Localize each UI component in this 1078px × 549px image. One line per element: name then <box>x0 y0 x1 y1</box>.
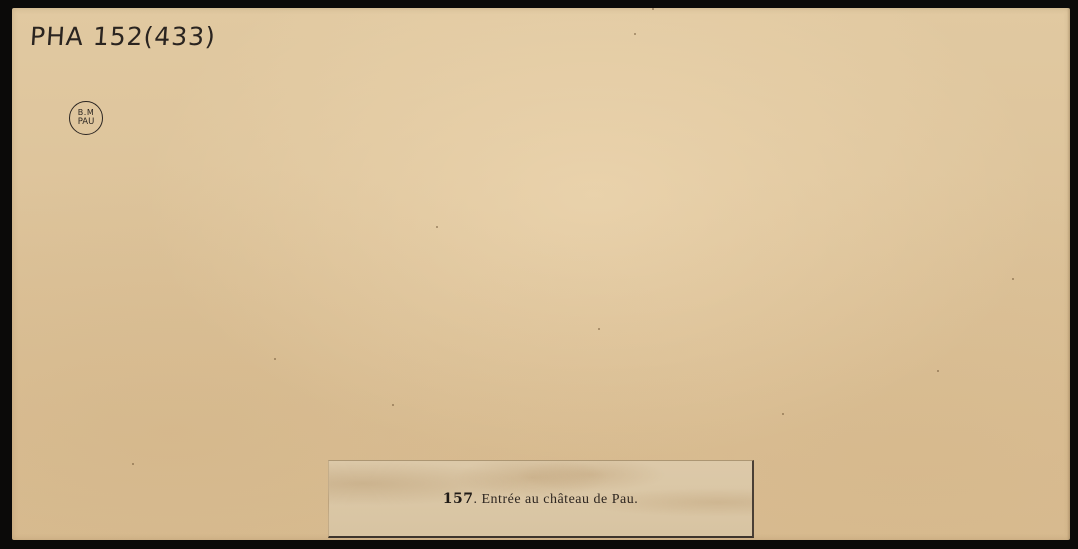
stamp-line-2: PAU <box>78 118 95 127</box>
paper-speck <box>598 328 600 330</box>
library-stamp: B.M PAU <box>69 101 103 135</box>
paper-speck <box>132 463 134 465</box>
caption-number: 157 <box>443 491 474 507</box>
paper-speck <box>652 8 654 10</box>
paper-speck <box>1012 278 1014 280</box>
card-verso: PHA 152(433) B.M PAU 157. Entrée au chât… <box>12 8 1070 540</box>
paper-speck <box>392 404 394 406</box>
caption-label: 157. Entrée au château de Pau. <box>328 460 754 538</box>
card-edge <box>1067 8 1070 540</box>
stamp-line-1: B.M <box>78 109 94 117</box>
paper-speck <box>782 413 784 415</box>
caption-text: 157. Entrée au château de Pau. <box>443 491 638 508</box>
handwritten-shelfmark: PHA 152(433) <box>29 22 217 51</box>
paper-speck <box>937 370 939 372</box>
paper-speck <box>274 358 276 360</box>
paper-speck <box>634 33 636 35</box>
scanned-document: PHA 152(433) B.M PAU 157. Entrée au chât… <box>0 0 1078 549</box>
paper-speck <box>436 226 438 228</box>
caption-title: Entrée au château de Pau. <box>478 492 639 507</box>
